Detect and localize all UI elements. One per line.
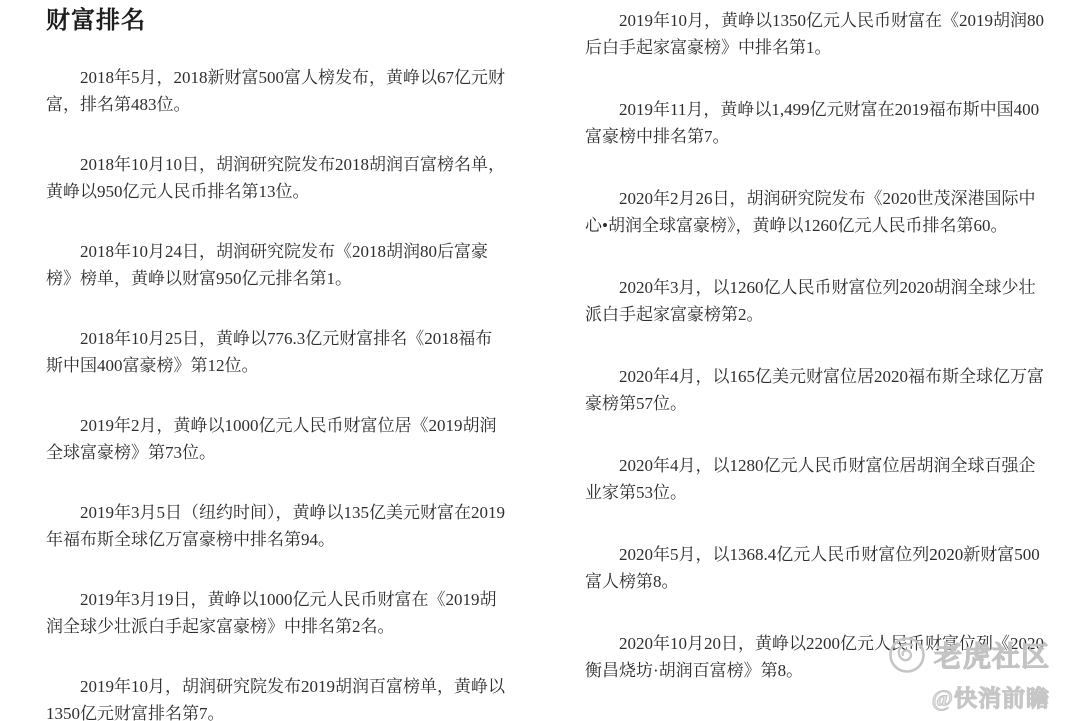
- body-paragraph: 2019年3月5日（纽约时间），黄峥以135亿美元财富在2019年福布斯全球亿万…: [46, 499, 506, 553]
- body-paragraph: 2020年3月，以1260亿人民币财富位列2020胡润全球少壮派白手起家富豪榜第…: [585, 274, 1045, 328]
- body-paragraph: 2020年4月，以165亿美元财富位居2020福布斯全球亿万富豪榜第57位。: [585, 363, 1045, 417]
- body-paragraph: 2020年2月26日，胡润研究院发布《2020世茂深港国际中心•胡润全球富豪榜》…: [585, 185, 1045, 239]
- body-paragraph: 2020年5月，以1368.4亿元人民币财富位列2020新财富500富人榜第8。: [585, 541, 1045, 595]
- body-paragraph: 2019年10月，胡润研究院发布2019胡润百富榜单，黄峥以1350亿元财富排名…: [46, 673, 506, 721]
- body-paragraph: 2019年2月，黄峥以1000亿元人民币财富位居《2019胡润全球富豪榜》第73…: [46, 412, 506, 466]
- body-paragraph: 2019年3月19日，黄峥以1000亿元人民币财富在《2019胡润全球少壮派白手…: [46, 586, 506, 640]
- document-page: 财富排名 2018年5月，2018新财富500富人榜发布，黄峥以67亿元财富，排…: [0, 0, 1080, 721]
- body-paragraph: 2018年10月24日，胡润研究院发布《2018胡润80后富豪榜》榜单，黄峥以财…: [46, 238, 506, 292]
- page-title: 财富排名: [46, 4, 506, 38]
- body-paragraph: 2020年10月20日，黄峥以2200亿元人民币财富位列《2020衡昌烧坊·胡润…: [585, 630, 1045, 684]
- right-column: 2019年10月，黄峥以1350亿元人民币财富在《2019胡润80后白手起家富豪…: [585, 7, 1045, 684]
- body-paragraph: 2020年4月，以1280亿元人民币财富位居胡润全球百强企业家第53位。: [585, 452, 1045, 506]
- watermark-handle: @快消前瞻: [887, 680, 1050, 713]
- left-column: 财富排名 2018年5月，2018新财富500富人榜发布，黄峥以67亿元财富，排…: [46, 4, 506, 721]
- body-paragraph: 2018年10月10日，胡润研究院发布2018胡润百富榜名单，黄峥以950亿元人…: [46, 151, 506, 205]
- body-paragraph: 2018年10月25日，黄峥以776.3亿元财富排名《2018福布斯中国400富…: [46, 325, 506, 379]
- body-paragraph: 2019年10月，黄峥以1350亿元人民币财富在《2019胡润80后白手起家富豪…: [585, 7, 1045, 61]
- body-paragraph: 2019年11月，黄峥以1,499亿元财富在2019福布斯中国400富豪榜中排名…: [585, 96, 1045, 150]
- body-paragraph: 2018年5月，2018新财富500富人榜发布，黄峥以67亿元财富，排名第483…: [46, 64, 506, 118]
